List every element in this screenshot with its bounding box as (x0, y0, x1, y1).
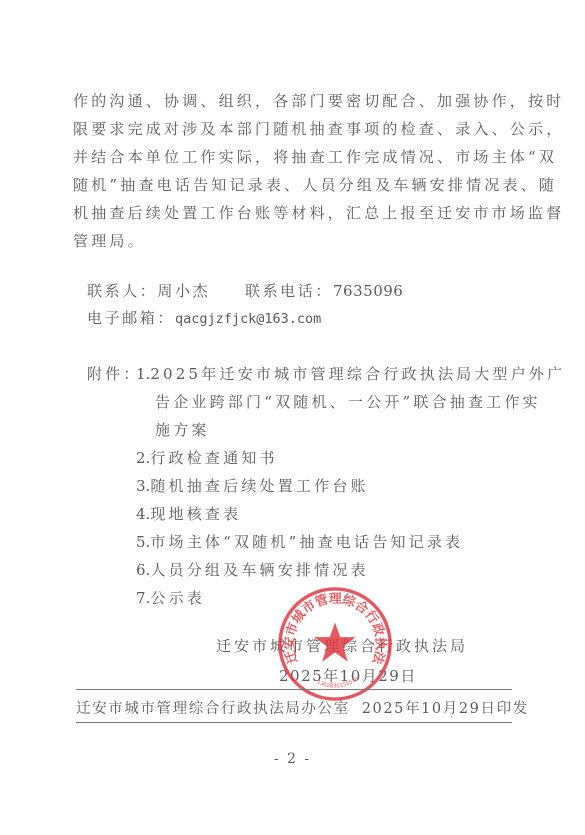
print-info-top-rule (76, 689, 512, 690)
print-info-bottom-rule (76, 722, 512, 723)
contact-phone-line: 联系电话：7635096 (245, 281, 403, 301)
body-line: 并结合本单位工作实际，将抽查工作完成情况、市场主体“双 (73, 147, 557, 167)
signature-date: 2025年10月29日 (279, 666, 417, 686)
contact-email-label: 电子邮箱： (87, 309, 175, 327)
attachment-item-4: 4.现地核查表 (136, 504, 241, 524)
attachment-title: 人员分组及车辆安排情况表 (150, 561, 368, 579)
attachment-number: 6. (136, 561, 150, 579)
attachment-title: 现地核查表 (150, 505, 241, 523)
attachment-item-5: 5.市场主体“双随机”抽查电话告知记录表 (136, 532, 463, 552)
body-line: 机抽查后续处置工作台账等材料，汇总上报至迁安市市场监督 (73, 203, 564, 223)
print-info-line: 迁安市城市管理综合行政执法局办公室2025年10月29日印发 (76, 699, 529, 719)
attachment-item-6: 6.人员分组及车辆安排情况表 (136, 560, 369, 580)
contact-phone: 7635096 (333, 282, 403, 300)
attachment-title: 行政检查通知书 (150, 449, 277, 467)
attachment-item-1-cont: 告企业跨部门“双随机、一公开”联合抽查工作实 (155, 392, 541, 412)
attachments-label: 附件： (87, 364, 142, 384)
attachment-title: 2025年迁安市城市管理综合行政执法局大型户外广 (150, 365, 565, 383)
body-line: 管理局。 (73, 231, 146, 251)
attachment-number: 4. (136, 505, 150, 523)
attachment-item-3: 3.随机抽查后续处置工作台账 (136, 476, 369, 496)
print-date: 2025年10月29日印发 (362, 701, 529, 717)
print-issuer: 迁安市城市管理综合行政执法局办公室 (76, 701, 350, 717)
contact-person-line: 联系人：周小杰 (87, 281, 210, 301)
contact-email: qacgjzfjck@163.com (175, 311, 321, 327)
page-number: - 2 - (0, 749, 585, 769)
contact-person-label: 联系人： (87, 282, 157, 300)
contact-email-line: 电子邮箱：qacgjzfjck@163.com (87, 308, 321, 329)
signature-organization: 迁安市城市管理综合行政执法局 (216, 636, 468, 656)
document-page: 作的沟通、协调、组织，各部门要密切配合、加强协作，按时 限要求完成对涉及本部门随… (0, 0, 585, 835)
attachment-number: 2. (136, 449, 150, 467)
attachment-title: 随机抽查后续处置工作台账 (150, 477, 368, 495)
attachment-title: 公示表 (150, 589, 205, 607)
attachment-item-7: 7.公示表 (136, 588, 205, 608)
contact-phone-label: 联系电话： (245, 282, 333, 300)
body-line: 随机”抽查电话告知记录表、人员分组及车辆安排情况表、随 (73, 175, 557, 195)
attachment-title: 市场主体“双随机”抽查电话告知记录表 (150, 533, 463, 551)
attachment-item-1: 1.2025年迁安市城市管理综合行政执法局大型户外广 (136, 364, 565, 384)
attachment-number: 5. (136, 533, 150, 551)
body-line: 限要求完成对涉及本部门随机抽查事项的检查、录入、公示， (73, 119, 564, 139)
attachment-number: 3. (136, 477, 150, 495)
attachment-item-2: 2.行政检查通知书 (136, 448, 278, 468)
contact-person-name: 周小杰 (157, 282, 210, 300)
attachment-item-1-cont: 施方案 (155, 420, 210, 440)
attachment-number: 1. (136, 365, 150, 383)
body-line: 作的沟通、协调、组织，各部门要密切配合、加强协作，按时 (73, 91, 564, 111)
attachment-number: 7. (136, 589, 150, 607)
